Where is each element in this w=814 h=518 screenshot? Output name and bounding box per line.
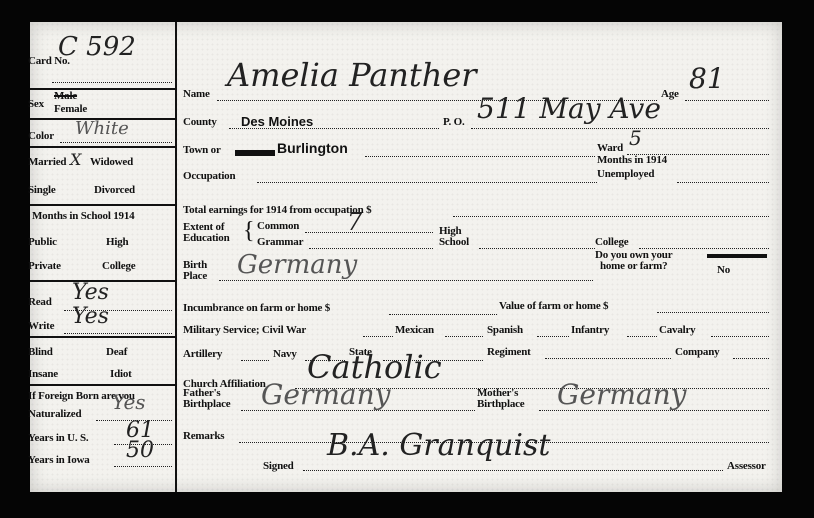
marital-row: Married X Widowed Single Divorced <box>30 146 175 206</box>
years-iowa-value: 50 <box>126 438 154 463</box>
insane-label: Insane <box>28 368 58 380</box>
color-label: Color <box>28 130 54 142</box>
read-value: Yes <box>72 280 109 305</box>
school-row: Months in School 1914 Public High Privat… <box>30 204 175 282</box>
cavalry-label: Cavalry <box>659 324 695 336</box>
married-label: Married <box>28 156 66 168</box>
naturalized-value: Yes <box>112 390 146 414</box>
read-label: Read <box>28 296 52 308</box>
sex-male-option: Male <box>54 90 77 102</box>
card-no-value: C 592 <box>58 32 136 62</box>
mother-birthplace-label: Mother's Birthplace <box>477 388 525 410</box>
literacy-row: Read Yes Write Yes <box>30 280 175 338</box>
brace-icon: { <box>243 218 254 245</box>
months-1914-label: Months in 1914 <box>597 154 667 166</box>
company-label: Company <box>675 346 719 358</box>
color-value: White <box>75 118 129 139</box>
own-home-no: No <box>717 264 730 276</box>
left-panel: Card No. C 592 Sex Male Female Color Whi… <box>30 22 177 492</box>
foreign-born-row: If Foreign Born are you Naturalized Yes … <box>30 384 175 492</box>
census-card: Card No. C 592 Sex Male Female Color Whi… <box>30 22 782 492</box>
years-iowa-label: Years in Iowa <box>28 454 90 466</box>
years-us-label: Years in U. S. <box>28 432 88 444</box>
idiot-label: Idiot <box>110 368 132 380</box>
signed-value: B.A. Granquist <box>327 428 550 463</box>
assessor-label: Assessor <box>727 460 766 472</box>
common-label: Common <box>257 220 299 232</box>
widowed-label: Widowed <box>90 156 133 168</box>
mother-birthplace-value: Germany <box>557 378 686 411</box>
private-label: Private <box>28 260 61 272</box>
town-label: Town or <box>183 144 221 156</box>
main-panel: Name Amelia Panther Age 81 County Des Mo… <box>177 22 782 492</box>
navy-label: Navy <box>273 348 297 360</box>
infantry-label: Infantry <box>571 324 609 336</box>
divorced-label: Divorced <box>94 184 135 196</box>
spanish-label: Spanish <box>487 324 523 336</box>
earnings-label: Total earnings for 1914 from occupation … <box>183 204 371 216</box>
county-label: County <box>183 116 217 128</box>
college-label: College <box>102 260 135 272</box>
sex-female-option: Female <box>54 103 87 115</box>
po-value: 511 May Ave <box>477 92 661 125</box>
mexican-label: Mexican <box>395 324 434 336</box>
deaf-label: Deaf <box>106 346 127 358</box>
own-home-label: Do you own your home or farm? <box>595 250 672 272</box>
high-label: High <box>106 236 128 248</box>
extent-label: Extent of Education <box>183 222 230 244</box>
card-no-row: Card No. C 592 <box>30 22 175 90</box>
name-label: Name <box>183 88 210 100</box>
unemployed-label: Unemployed <box>597 168 654 180</box>
town-value: Burlington <box>277 140 348 156</box>
color-row: Color White <box>30 118 175 148</box>
sex-label: Sex <box>28 98 44 110</box>
public-label: Public <box>28 236 57 248</box>
blind-label: Blind <box>28 346 53 358</box>
strike-mark <box>707 254 767 258</box>
artillery-label: Artillery <box>183 348 222 360</box>
po-label: P. O. <box>443 116 465 128</box>
high-school-label: High School <box>439 226 469 248</box>
birth-place-value: Germany <box>237 250 357 280</box>
naturalized-label: Naturalized <box>28 408 81 420</box>
age-label: Age <box>661 88 679 100</box>
write-value: Yes <box>72 304 109 329</box>
college-label: College <box>595 236 628 248</box>
age-value: 81 <box>689 62 725 95</box>
father-birthplace-label: Father's Birthplace <box>183 388 231 410</box>
birth-place-label: Birth Place <box>183 260 207 282</box>
ward-value: 5 <box>629 126 642 150</box>
ward-label: Ward <box>597 142 623 154</box>
redaction-mark <box>235 150 275 156</box>
sex-row: Sex Male Female <box>30 88 175 120</box>
military-label: Military Service; Civil War <box>183 324 306 336</box>
months-school-label: Months in School 1914 <box>32 210 134 222</box>
remarks-label: Remarks <box>183 430 224 442</box>
county-value: Des Moines <box>241 114 313 129</box>
occupation-label: Occupation <box>183 170 235 182</box>
write-label: Write <box>28 320 54 332</box>
name-value: Amelia Panther <box>227 56 477 94</box>
single-label: Single <box>28 184 56 196</box>
signed-label: Signed <box>263 460 294 472</box>
incumbrance-label: Incumbrance on farm or home $ <box>183 302 330 314</box>
value-label: Value of farm or home $ <box>499 300 608 312</box>
disability-row: Blind Deaf Insane Idiot <box>30 336 175 386</box>
father-birthplace-value: Germany <box>261 378 390 411</box>
married-mark: X <box>70 150 81 169</box>
regiment-label: Regiment <box>487 346 531 358</box>
grammar-label: Grammar <box>257 236 303 248</box>
